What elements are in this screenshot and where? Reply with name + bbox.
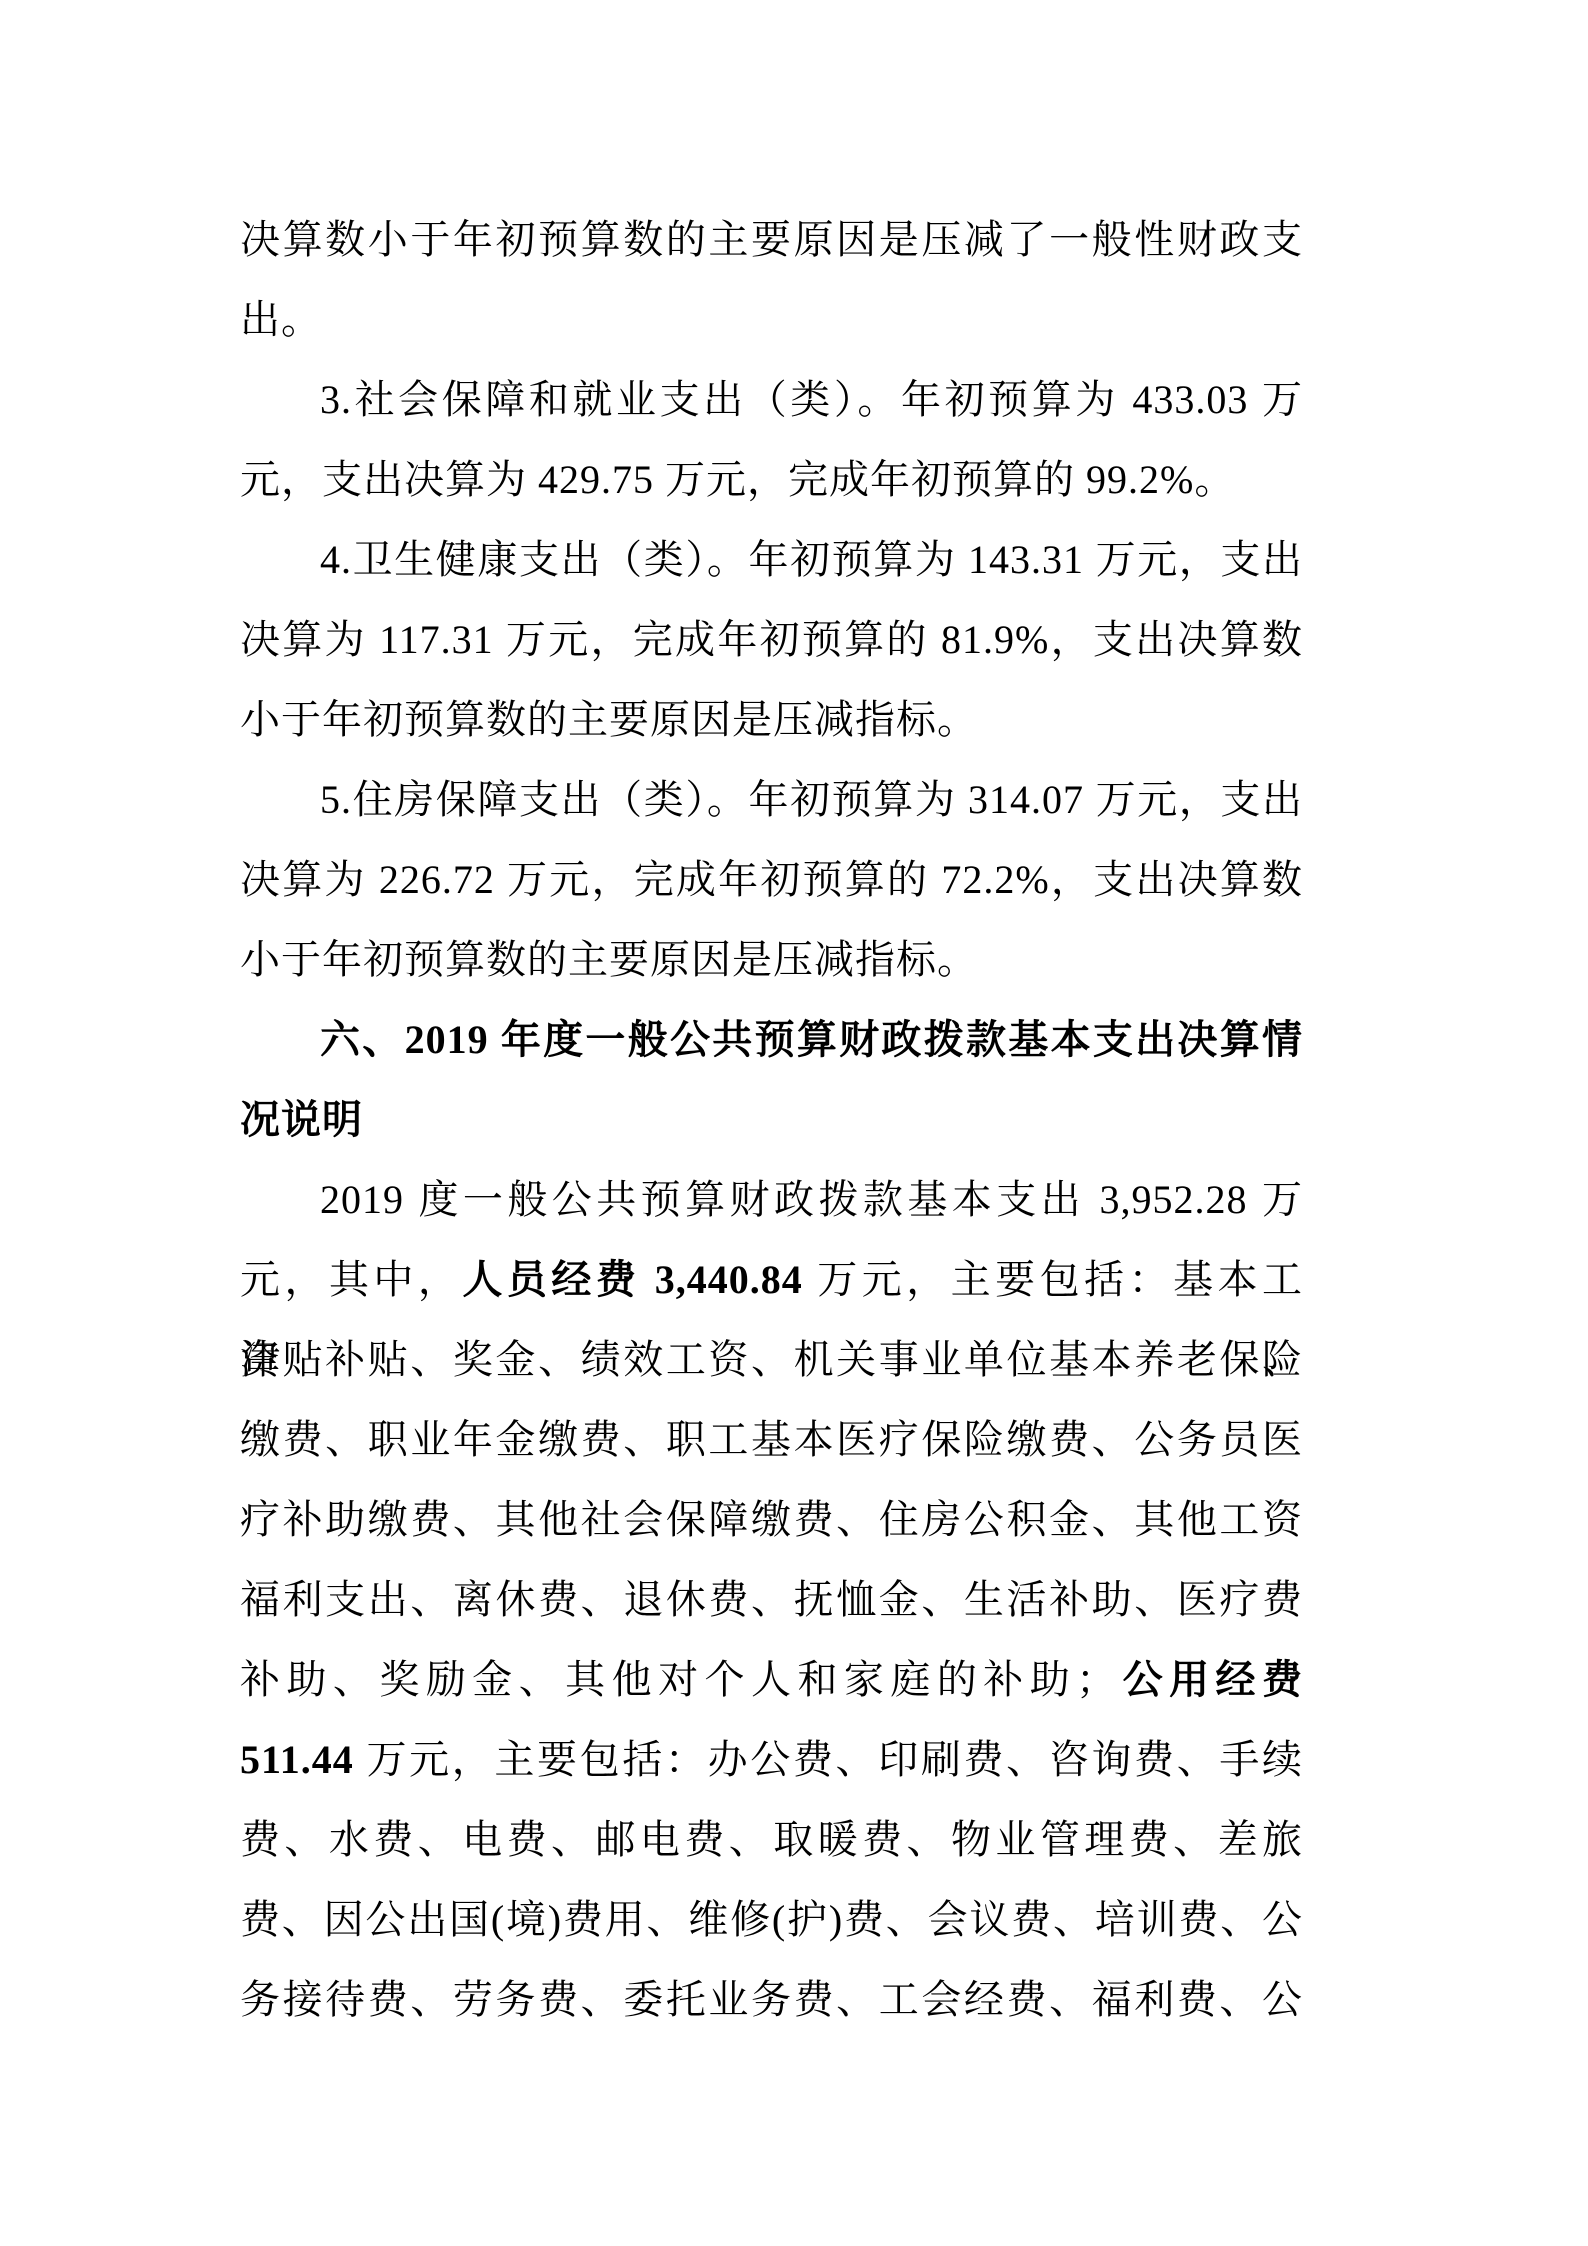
document-page: 决算数小于年初预算数的主要原因是压减了一般性财政支 出。 3.社会保障和就业支出… bbox=[0, 0, 1588, 2246]
text-line: 小于年初预算数的主要原因是压减指标。 bbox=[240, 920, 1303, 1000]
text-line: 3.社会保障和就业支出（类）。年初预算为 433.03 万 bbox=[240, 360, 1303, 440]
text-run: 决算为 226.72 万元，完成年初预算的 72.2%，支出决算数 bbox=[240, 857, 1303, 902]
bold-text-run: 511.44 bbox=[240, 1737, 354, 1782]
text-line: 4.卫生健康支出（类）。年初预算为 143.31 万元，支出 bbox=[240, 520, 1303, 600]
text-run: 决算数小于年初预算数的主要原因是压减了一般性财政支 bbox=[240, 217, 1303, 262]
text-line: 疗补助缴费、其他社会保障缴费、住房公积金、其他工资 bbox=[240, 1480, 1303, 1560]
text-line: 2019 度一般公共预算财政拨款基本支出 3,952.28 万 bbox=[240, 1160, 1303, 1240]
text-line: 费、水费、电费、邮电费、取暖费、物业管理费、差旅 bbox=[240, 1800, 1303, 1880]
text-line: 务接待费、劳务费、委托业务费、工会经费、福利费、公 bbox=[240, 1960, 1303, 2040]
bold-text-run: 公用经费 bbox=[1117, 1657, 1303, 1702]
text-line: 福利支出、离休费、退休费、抚恤金、生活补助、医疗费 bbox=[240, 1560, 1303, 1640]
text-line: 津贴补贴、奖金、绩效工资、机关事业单位基本养老保险 bbox=[240, 1320, 1303, 1400]
heading-text-run: 况说明 bbox=[240, 1097, 363, 1142]
text-run: 决算为 117.31 万元，完成年初预算的 81.9%，支出决算数 bbox=[240, 617, 1303, 662]
document-text-block: 决算数小于年初预算数的主要原因是压减了一般性财政支 出。 3.社会保障和就业支出… bbox=[240, 200, 1303, 2040]
text-run: 福利支出、离休费、退休费、抚恤金、生活补助、医疗费 bbox=[240, 1577, 1303, 1622]
text-line: 决算为 117.31 万元，完成年初预算的 81.9%，支出决算数 bbox=[240, 600, 1303, 680]
bold-text-run: 人员经费 3,440.84 bbox=[462, 1257, 802, 1302]
text-line: 决算为 226.72 万元，完成年初预算的 72.2%，支出决算数 bbox=[240, 840, 1303, 920]
heading-text-run: 六、2019 年度一般公共预算财政拨款基本支出决算情 bbox=[320, 1017, 1303, 1062]
text-line: 元，支出决算为 429.75 万元，完成年初预算的 99.2%。 bbox=[240, 440, 1303, 520]
text-run: 出。 bbox=[240, 297, 322, 342]
text-line: 元，其中，人员经费 3,440.84 万元，主要包括：基本工资、 bbox=[240, 1240, 1303, 1320]
text-line: 补助、奖励金、其他对个人和家庭的补助；公用经费 bbox=[240, 1640, 1303, 1720]
text-run: 疗补助缴费、其他社会保障缴费、住房公积金、其他工资 bbox=[240, 1497, 1303, 1542]
text-line: 费、因公出国(境)费用、维修(护)费、会议费、培训费、公 bbox=[240, 1880, 1303, 1960]
text-run: 3.社会保障和就业支出（类）。年初预算为 433.03 万 bbox=[320, 377, 1303, 422]
text-line: 5.住房保障支出（类）。年初预算为 314.07 万元，支出 bbox=[240, 760, 1303, 840]
text-run: 元，其中， bbox=[240, 1257, 462, 1302]
text-line: 511.44 万元，主要包括：办公费、印刷费、咨询费、手续 bbox=[240, 1720, 1303, 1800]
text-run: 补助、奖励金、其他对个人和家庭的补助； bbox=[240, 1657, 1117, 1702]
text-line: 出。 bbox=[240, 280, 1303, 360]
text-line: 决算数小于年初预算数的主要原因是压减了一般性财政支 bbox=[240, 200, 1303, 280]
text-run: 5.住房保障支出（类）。年初预算为 314.07 万元，支出 bbox=[320, 777, 1303, 822]
text-run: 小于年初预算数的主要原因是压减指标。 bbox=[240, 937, 978, 982]
text-run: 务接待费、劳务费、委托业务费、工会经费、福利费、公 bbox=[240, 1977, 1303, 2022]
text-line: 小于年初预算数的主要原因是压减指标。 bbox=[240, 680, 1303, 760]
text-run: 费、因公出国(境)费用、维修(护)费、会议费、培训费、公 bbox=[240, 1897, 1303, 1942]
section-heading-line: 况说明 bbox=[240, 1080, 1303, 1160]
text-run: 元，支出决算为 429.75 万元，完成年初预算的 99.2%。 bbox=[240, 457, 1235, 502]
text-run: 费、水费、电费、邮电费、取暖费、物业管理费、差旅 bbox=[240, 1817, 1303, 1862]
text-run: 2019 度一般公共预算财政拨款基本支出 3,952.28 万 bbox=[320, 1177, 1303, 1222]
text-run: 缴费、职业年金缴费、职工基本医疗保险缴费、公务员医 bbox=[240, 1417, 1303, 1462]
text-run: 4.卫生健康支出（类）。年初预算为 143.31 万元，支出 bbox=[320, 537, 1303, 582]
text-run: 小于年初预算数的主要原因是压减指标。 bbox=[240, 697, 978, 742]
text-run: 津贴补贴、奖金、绩效工资、机关事业单位基本养老保险 bbox=[240, 1337, 1303, 1382]
text-run: 万元，主要包括：办公费、印刷费、咨询费、手续 bbox=[354, 1737, 1303, 1782]
text-line: 缴费、职业年金缴费、职工基本医疗保险缴费、公务员医 bbox=[240, 1400, 1303, 1480]
section-heading-line: 六、2019 年度一般公共预算财政拨款基本支出决算情 bbox=[240, 1000, 1303, 1080]
